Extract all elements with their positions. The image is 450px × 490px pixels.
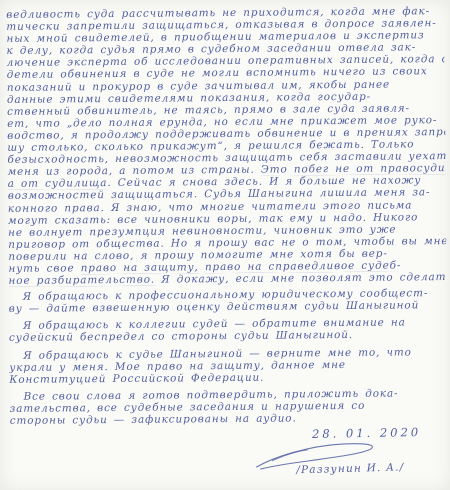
underlined-text: ное разбирательство. xyxy=(8,274,155,287)
text-segment: нуть свое xyxy=(8,262,80,275)
text-segment: судейский беспредел со стороны судьи Шан… xyxy=(9,329,353,344)
text-segment: Я докажу, если мне позволят это сделать. xyxy=(155,271,447,286)
underlined-text: право на защиту, xyxy=(81,261,199,274)
text-segment: Конституцией Российской Федерации. xyxy=(9,371,264,385)
paragraph: Все свои слова я готов подтвердить, прил… xyxy=(9,387,447,427)
signature-block: /Раззунин И. А./ xyxy=(248,439,439,478)
paragraph: ведливость суда рассчитывать не приходит… xyxy=(6,5,446,287)
letter-line: судейский беспредел со стороны судьи Шан… xyxy=(9,329,447,345)
underlined-text: а от судилища. xyxy=(8,177,112,190)
signature-name: /Раззунин И. А./ xyxy=(296,461,438,477)
paragraph: Я обращаюсь к коллегии судей — обратите … xyxy=(9,316,447,344)
text-segment: стороны судьи — зафиксированы на аудио. xyxy=(10,412,297,427)
letter-line: Конституцией Российской Федерации. xyxy=(9,370,447,386)
paragraph: Я обращаюсь к судье Шаныгиной — верните … xyxy=(9,346,447,386)
letter-line: стороны судьи — зафиксированы на аудио. xyxy=(10,411,448,427)
text-segment: ву — дайте взвешенную оценку действиям с… xyxy=(9,300,419,316)
letter-body: ведливость суда рассчитывать не приходит… xyxy=(6,5,448,432)
letter-line: ное разбирательство. Я докажу, если мне … xyxy=(8,271,446,287)
letter-page: ведливость суда рассчитывать не приходит… xyxy=(0,0,450,490)
paragraph: Я обращаюсь к профессиональному юридичес… xyxy=(9,287,447,315)
letter-line: ву — дайте взвешенную оценку действиям с… xyxy=(9,299,447,315)
